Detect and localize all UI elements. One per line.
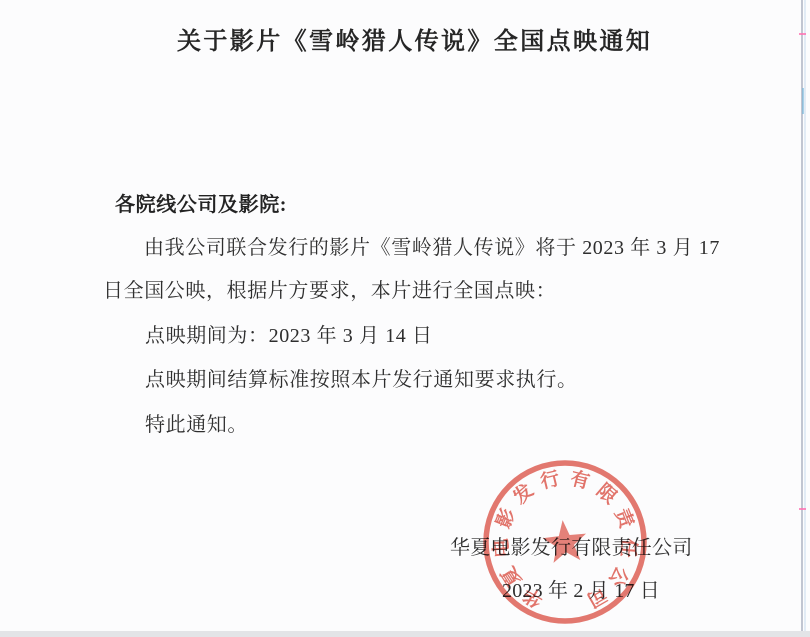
body-paragraph1-line1: 由我公司联合发行的影片《雪岭猎人传说》将于 2023 年 3 月 17 (144, 236, 720, 260)
scan-pink-tick (799, 508, 806, 510)
body-paragraph3: 点映期间结算标准按照本片发行通知要求执行。 (145, 368, 578, 392)
scan-pink-tick (799, 33, 806, 35)
salutation-line: 各院线公司及影院: (115, 193, 287, 217)
scan-bottom-edge (0, 631, 810, 637)
svg-text:电: 电 (489, 538, 514, 559)
scan-blue-mark (802, 88, 804, 114)
document-title: 关于影片《雪岭猎人传说》全国点映通知 (177, 21, 652, 56)
scanner-edge-line-secondary (804, 0, 806, 637)
svg-text:有: 有 (568, 466, 592, 493)
seal-star-icon (541, 518, 589, 564)
body-paragraph4: 特此通知。 (145, 413, 248, 437)
notice-document-page: 关于影片《雪岭猎人传说》全国点映通知 各院线公司及影院: 由我公司联合发行的影片… (0, 0, 810, 637)
body-paragraph2: 点映期间为：2023 年 3 月 14 日 (145, 324, 433, 348)
body-paragraph1-line2: 日全国公映，根据片方要求，本片进行全国点映： (103, 279, 556, 303)
svg-text:行: 行 (538, 466, 562, 493)
svg-text:任: 任 (616, 538, 641, 559)
seal-graphic: 华夏电影发行有限责任公司 (486, 463, 644, 621)
company-seal-stamp: 华夏电影发行有限责任公司 (465, 440, 665, 637)
